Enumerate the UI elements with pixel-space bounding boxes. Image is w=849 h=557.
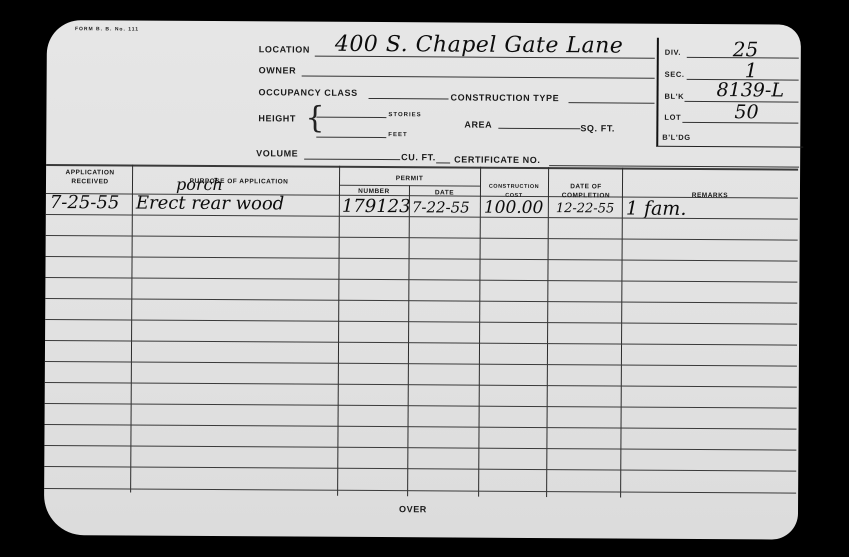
header-application-received: APPLICATION RECEIVED xyxy=(48,168,132,187)
row-line xyxy=(44,445,796,451)
cell-purpose: Erect rear wood xyxy=(136,193,284,215)
row-line xyxy=(44,488,796,494)
location-value: 400 S. Chapel Gate Lane xyxy=(335,32,624,59)
cell-purpose-insert: porch xyxy=(176,175,223,194)
permit-record-card: FORM B. B. No. 111 LOCATION 400 S. Chape… xyxy=(44,20,801,540)
sec-label: SEC. xyxy=(665,70,685,79)
row-line xyxy=(45,424,797,430)
form-number: FORM B. B. No. 111 xyxy=(75,26,139,32)
volume-unit-line xyxy=(436,162,450,163)
stories-line xyxy=(316,117,386,118)
cell-remarks: 1 fam. xyxy=(626,198,687,220)
row-line xyxy=(45,361,797,367)
over-label: OVER xyxy=(399,504,427,514)
construction-type-label: CONSTRUCTION TYPE xyxy=(451,92,560,103)
area-line xyxy=(498,128,580,130)
cell-construction-cost: 100.00 xyxy=(484,198,544,218)
occupancy-class-line xyxy=(369,98,449,99)
height-brace: { xyxy=(305,104,324,134)
volume-line xyxy=(304,159,400,161)
lot-value: 50 xyxy=(734,101,758,123)
col-divider-3 xyxy=(407,185,410,496)
row-line xyxy=(45,340,797,346)
area-unit: SQ. FT. xyxy=(580,123,615,133)
header-date-of-completion: DATE OF COMPLETION xyxy=(551,182,621,200)
row-line xyxy=(45,319,797,325)
occupancy-class-label: OCCUPANCY CLASS xyxy=(259,87,358,98)
row-line xyxy=(45,382,797,388)
location-label: LOCATION xyxy=(259,44,310,54)
bldg-label: B'L'DG xyxy=(662,133,690,142)
cell-application-received: 7-25-55 xyxy=(50,192,120,213)
header-purpose: PURPOSE OF APPLICATION xyxy=(139,177,339,187)
blk-value: 8139-L xyxy=(717,79,785,101)
row-line xyxy=(46,256,798,262)
header-permit-number: NUMBER xyxy=(339,187,409,196)
row-line xyxy=(45,403,797,409)
cell-date-of-completion: 12-22-55 xyxy=(556,201,615,216)
construction-type-line xyxy=(569,102,655,104)
header-permit-date: DATE xyxy=(409,188,480,197)
row-line xyxy=(46,235,798,241)
table-row: 7-25-55 porch Erect rear wood 179123 7-2… xyxy=(47,20,801,25)
feet-label: FEET xyxy=(388,132,407,138)
row-line xyxy=(45,277,797,283)
permit-table: APPLICATION RECEIVED PURPOSE OF APPLICAT… xyxy=(47,20,801,25)
volume-unit: CU. FT. xyxy=(401,152,436,162)
lot-label: LOT xyxy=(664,113,681,122)
volume-label: VOLUME xyxy=(256,148,298,158)
area-label: AREA xyxy=(464,120,492,130)
height-label: HEIGHT xyxy=(258,113,296,123)
cell-permit-number: 179123 xyxy=(342,196,411,217)
feet-line xyxy=(316,137,386,138)
header-permit: PERMIT xyxy=(339,174,480,184)
row-line xyxy=(44,466,796,472)
blk-label: BL'K xyxy=(665,92,685,101)
row-line xyxy=(45,298,797,304)
certificate-no-label: CERTIFICATE NO. xyxy=(454,154,540,165)
stories-label: STORIES xyxy=(388,112,421,118)
div-label: DIV. xyxy=(665,48,681,57)
owner-line xyxy=(302,76,655,79)
cell-permit-date: 7-22-55 xyxy=(412,198,470,216)
owner-label: OWNER xyxy=(259,65,297,75)
